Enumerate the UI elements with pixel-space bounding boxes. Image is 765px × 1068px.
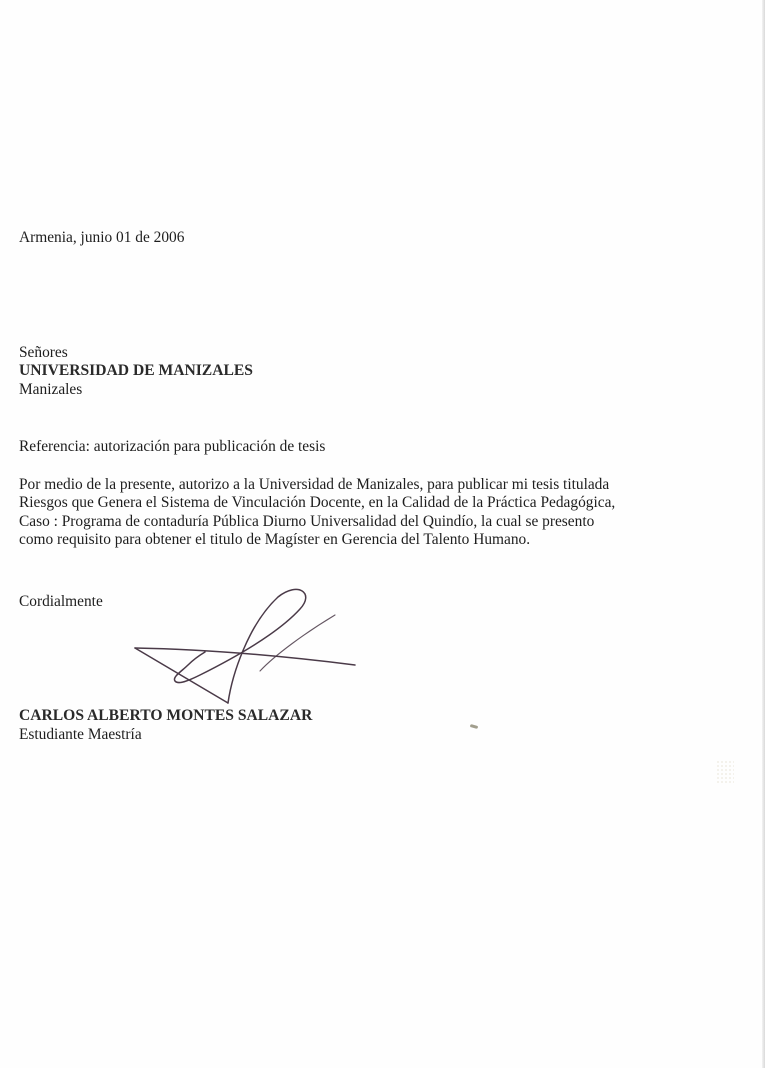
body-paragraph: Por medio de la presente, autorizo a la … bbox=[19, 476, 615, 550]
recipient-name: UNIVERSIDAD DE MANIZALES bbox=[19, 362, 253, 380]
signer-name: CARLOS ALBERTO MONTES SALAZAR bbox=[19, 707, 312, 725]
reference-line: Referencia: autorización para publicació… bbox=[19, 438, 325, 456]
signer-role: Estudiante Maestría bbox=[19, 726, 142, 744]
closing-line: Cordialmente bbox=[19, 593, 103, 611]
scan-noise bbox=[716, 760, 734, 784]
body-line: Caso : Programa de contaduría Pública Di… bbox=[19, 513, 615, 531]
body-line: Por medio de la presente, autorizo a la … bbox=[19, 476, 615, 494]
handwritten-signature bbox=[130, 585, 360, 705]
body-line: como requisito para obtener el titulo de… bbox=[19, 531, 615, 549]
salutation: Señores bbox=[19, 344, 68, 362]
scan-speck bbox=[470, 724, 479, 729]
body-line: Riesgos que Genera el Sistema de Vincula… bbox=[19, 494, 615, 512]
date-line: Armenia, junio 01 de 2006 bbox=[19, 229, 184, 247]
scanned-letter-page: Armenia, junio 01 de 2006 Señores UNIVER… bbox=[0, 0, 765, 1068]
recipient-city: Manizales bbox=[19, 381, 82, 399]
